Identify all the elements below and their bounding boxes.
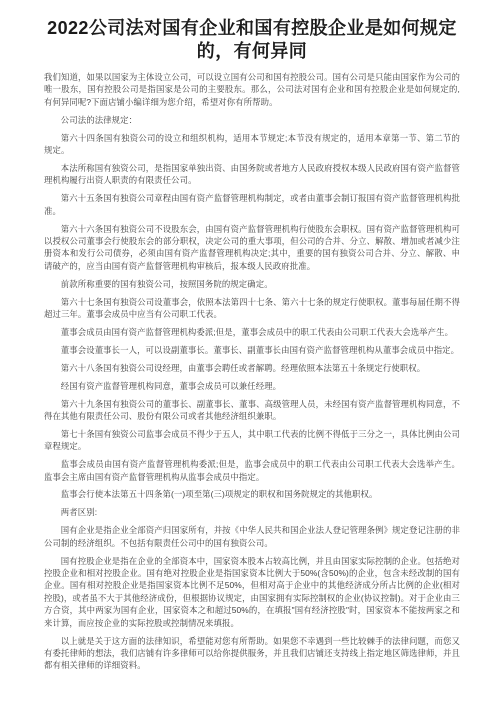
paragraph: 第七十条国有独资公司监事会成员不得少于五人，其中职工代表的比例不得低于三分之一，… bbox=[44, 428, 460, 453]
paragraph: 第六十九条国有独资公司的董事长、副董事长、董事、高级管理人员，未经国有资产监督管… bbox=[44, 398, 460, 423]
paragraph: 董事会设董事长一人，可以设副董事长。董事长、副董事长由国有资产监督管理机构从董事… bbox=[44, 344, 460, 356]
article-page: 2022公司法对国有企业和国有控股企业是如何规定的，有何异同 我们知道，如果以国… bbox=[0, 0, 504, 713]
paragraph: 我们知道，如果以国家为主体设立公司，可以设立国有公司和国有控股公司。国有公司是只… bbox=[44, 71, 460, 108]
paragraph: 监事会成员由国有资产监督管理机构委派;但是，监事会成员中的职工代表由公司职工代表… bbox=[44, 458, 460, 483]
paragraph: 监事会行使本法第五十四条第(一)项至第(三)项规定的职权和国务院规定的其他职权。 bbox=[44, 488, 460, 500]
paragraph: 经国有资产监督管理机构同意，董事会成员可以兼任经理。 bbox=[44, 380, 460, 392]
paragraph: 前款所称重要的国有独资公司，按照国务院的规定确定。 bbox=[44, 278, 460, 290]
paragraph: 本法所称国有独资公司，是指国家单独出资、由国务院或者地方人民政府授权本级人民政府… bbox=[44, 162, 460, 187]
paragraph: 董事会成员由国有资产监督管理机构委派;但是，董事会成员中的职工代表由公司职工代表… bbox=[44, 326, 460, 338]
paragraph: 两者区别: bbox=[44, 506, 460, 518]
paragraph: 国有企业是指企业全部资产归国家所有，并按《中华人民共和国企业法人登记管理条例》规… bbox=[44, 524, 460, 549]
paragraph: 国有控股企业是指在企业的全部资本中，国家资本股本占较高比例，并且由国家实际控制的… bbox=[44, 555, 460, 629]
page-title: 2022公司法对国有企业和国有控股企业是如何规定的，有何异同 bbox=[38, 17, 466, 63]
paragraph: 以上就是关于这方面的法律知识，希望能对您有所帮助。如果您不幸遇到一些比较棘手的法… bbox=[44, 635, 460, 672]
paragraph: 公司法的法律规定： bbox=[44, 114, 460, 126]
paragraph: 第六十八条国有独资公司设经理，由董事会聘任或者解聘。经理依照本法第五十条规定行使… bbox=[44, 362, 460, 374]
paragraph: 第六十五条国有独资公司章程由国有资产监督管理机构制定，或者由董事会制订报国有资产… bbox=[44, 192, 460, 217]
paragraph: 第六十七条国有独资公司设董事会，依照本法第四十七条、第六十七条的规定行使职权。董… bbox=[44, 296, 460, 321]
paragraph: 第六十六条国有独资公司不设股东会，由国有资产监督管理机构行使股东会职权。国有资产… bbox=[44, 223, 460, 273]
paragraph: 第六十四条国有独资公司的设立和组织机构，适用本节规定;本节没有规定的，适用本章第… bbox=[44, 132, 460, 157]
document-body: 我们知道，如果以国家为主体设立公司，可以设立国有公司和国有控股公司。国有公司是只… bbox=[0, 71, 504, 672]
